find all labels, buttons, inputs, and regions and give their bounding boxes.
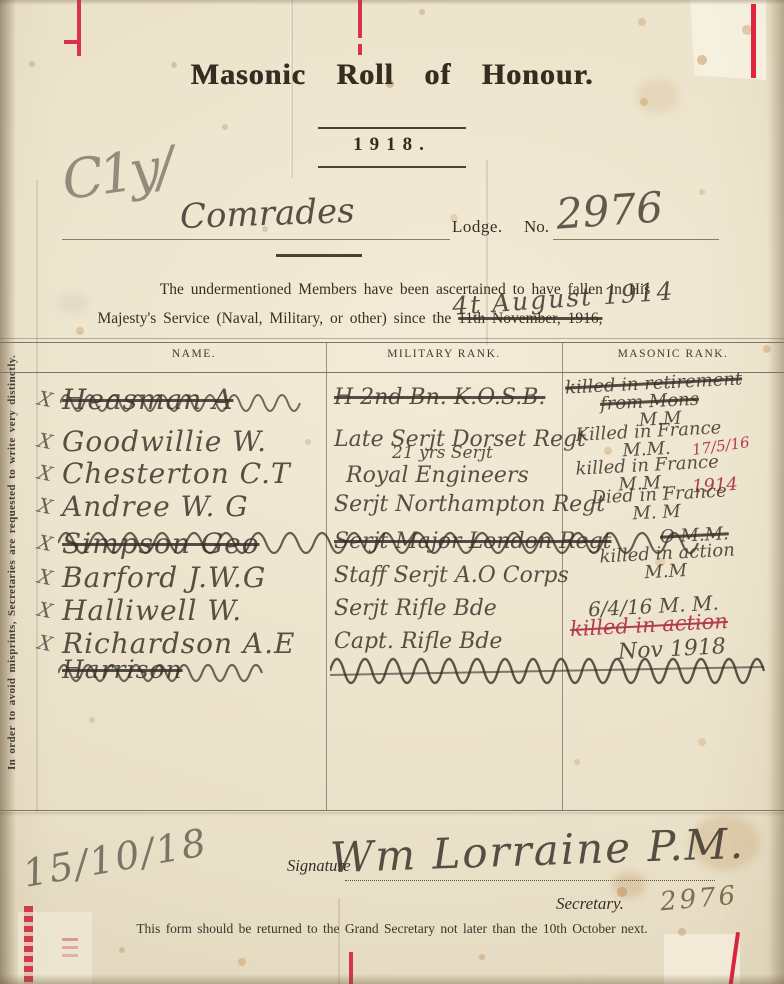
divider-rule — [318, 127, 466, 129]
registration-mark — [24, 906, 33, 984]
member-name: Harrison — [62, 655, 183, 684]
secretary-label: Secretary. — [556, 894, 624, 914]
margin-x-mark: X — [36, 564, 55, 590]
lodge-name-line — [62, 239, 450, 240]
margin-x-mark: X — [36, 630, 55, 656]
secretary-lodge-number: 2976 — [659, 881, 739, 918]
signature-handwritten: Wm Lorraine P.M. — [329, 819, 745, 882]
page-edge — [0, 0, 784, 5]
declaration-line2-text: Majesty's Service (Naval, Military, or o… — [98, 310, 459, 327]
return-instruction: This form should be returned to the Gran… — [0, 921, 784, 937]
member-name: Simpson Geo — [62, 527, 260, 560]
fold-crease — [0, 812, 784, 816]
military-rank: Capt. Rifle Bde — [334, 629, 502, 654]
member-name: Goodwillie W. — [62, 425, 267, 458]
military-rank: Serjt Rifle Bde — [334, 596, 497, 621]
scanned-form-page: In order to avoid misprints, Secretaries… — [0, 0, 784, 984]
lodge-label: Lodge. — [452, 217, 503, 237]
military-rank: Serjt Major London Regt — [334, 529, 612, 554]
table-border — [0, 810, 784, 811]
member-name: Barford J.W.G — [62, 561, 266, 594]
column-header-name: NAME. — [62, 348, 326, 360]
divider-rule — [276, 254, 362, 257]
lodge-number-line — [553, 239, 719, 240]
member-name: Andree W. G — [62, 490, 249, 523]
member-name: Chesterton C.T — [62, 457, 291, 490]
column-header-masonic-rank: MASONIC RANK. — [562, 348, 784, 360]
roll-row: X Andree W. G Serjt Northampton Regt Die… — [0, 490, 784, 530]
registration-mark — [358, 44, 362, 55]
margin-x-mark: X — [36, 597, 55, 623]
roll-row: Harrison — [0, 655, 784, 695]
column-header-military-rank: MILITARY RANK. — [326, 348, 562, 360]
form-year: 1918. — [318, 134, 466, 156]
divider-rule — [318, 166, 466, 168]
pencil-date-annotation: 15/10/18 — [20, 820, 211, 896]
masonic-rank-note: Died in France M. M — [591, 482, 728, 525]
member-name: Halliwell W. — [62, 594, 242, 627]
masonic-rank-note: killed in action M.M — [599, 541, 736, 584]
declaration-line2: Majesty's Service (Naval, Military, or o… — [0, 310, 784, 328]
registration-mark — [358, 0, 362, 38]
table-border — [0, 338, 784, 339]
number-label: No. — [524, 217, 549, 237]
registration-mark — [64, 40, 77, 44]
registration-mark — [77, 0, 81, 56]
lodge-name-handwritten: Comrades — [179, 191, 355, 237]
table-border — [0, 342, 784, 343]
registration-mark — [62, 938, 78, 941]
signature-line — [345, 880, 715, 881]
fold-crease — [338, 898, 340, 984]
margin-x-mark: X — [36, 428, 55, 454]
military-rank: Staff Serjt A.O Corps — [334, 563, 569, 588]
pencil-annotation: C1y/ — [58, 135, 174, 212]
member-name: Heasman A — [62, 383, 233, 416]
margin-x-mark: X — [36, 460, 55, 486]
form-title: Masonic Roll of Honour. — [0, 58, 784, 92]
military-rank-line1: 21 yrs Serjt — [392, 443, 493, 463]
military-rank: Serjt Northampton Regt — [334, 492, 605, 517]
margin-x-mark: X — [36, 493, 55, 519]
margin-x-mark: X — [36, 530, 55, 556]
scribble-strike — [330, 655, 770, 685]
roll-row: X Heasman A H 2nd Bn. K.O.S.B. killed in… — [0, 383, 784, 423]
military-rank-line2: Royal Engineers — [346, 463, 529, 488]
lodge-number-handwritten: 2976 — [554, 182, 664, 238]
margin-x-mark: X — [36, 386, 55, 412]
military-rank: H 2nd Bn. K.O.S.B. — [334, 385, 545, 410]
page-edge — [0, 974, 784, 984]
